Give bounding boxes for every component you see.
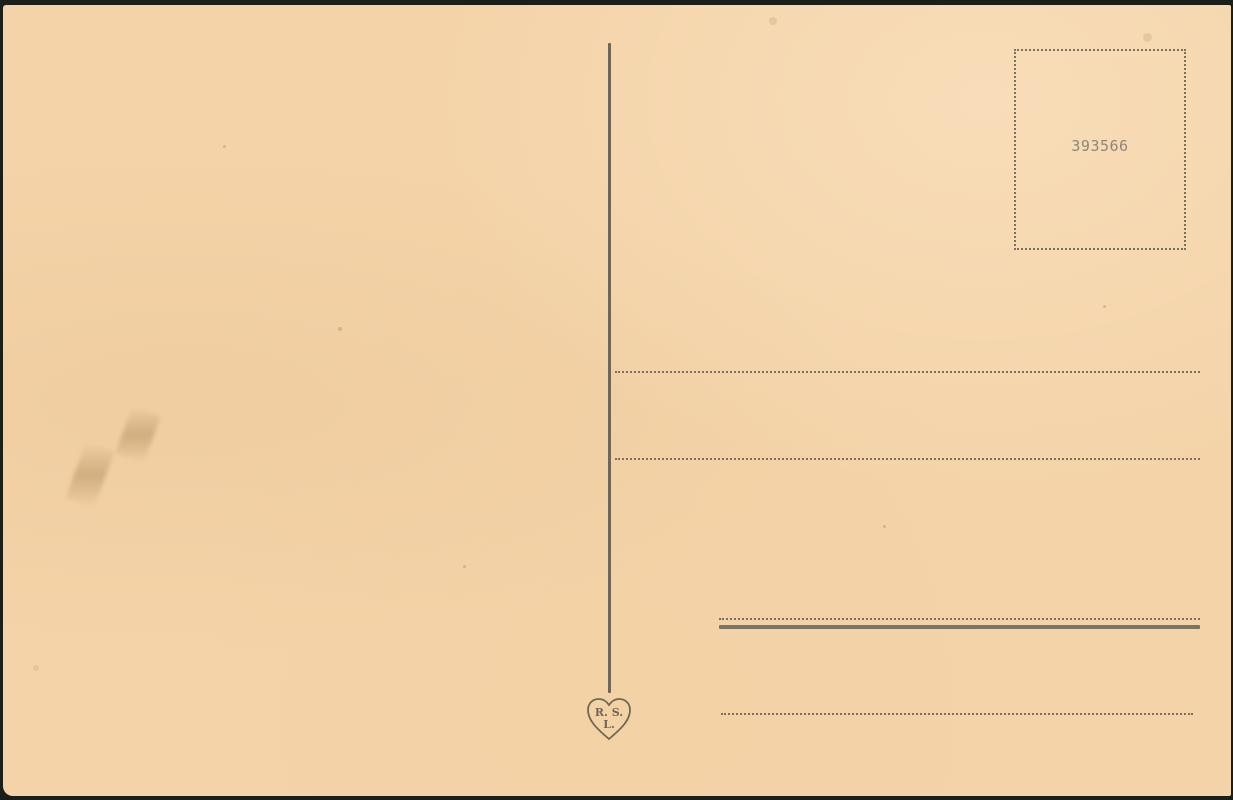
paper-smudge — [66, 442, 115, 509]
address-line-3-underline — [719, 625, 1200, 629]
paper-speck — [769, 17, 777, 25]
paper-speck — [338, 327, 342, 331]
stamp-placeholder-box: 393566 — [1014, 49, 1186, 250]
paper-speck — [1103, 305, 1106, 308]
address-line-2 — [615, 458, 1200, 460]
address-line-4 — [721, 713, 1193, 715]
address-line-1 — [615, 371, 1200, 373]
center-divider-line — [608, 43, 611, 693]
paper-speck — [883, 525, 886, 528]
logo-initials-line2: L. — [584, 718, 634, 731]
paper-smudge — [115, 406, 160, 463]
paper-speck — [1143, 33, 1152, 42]
address-line-3 — [719, 618, 1200, 620]
publisher-heart-logo: R. S. L. — [584, 695, 634, 743]
paper-speck — [463, 565, 466, 568]
postcard-back: 393566 R. S. L. — [3, 5, 1231, 796]
serial-number: 393566 — [1016, 137, 1184, 155]
paper-speck — [33, 665, 39, 671]
paper-speck — [223, 145, 226, 148]
